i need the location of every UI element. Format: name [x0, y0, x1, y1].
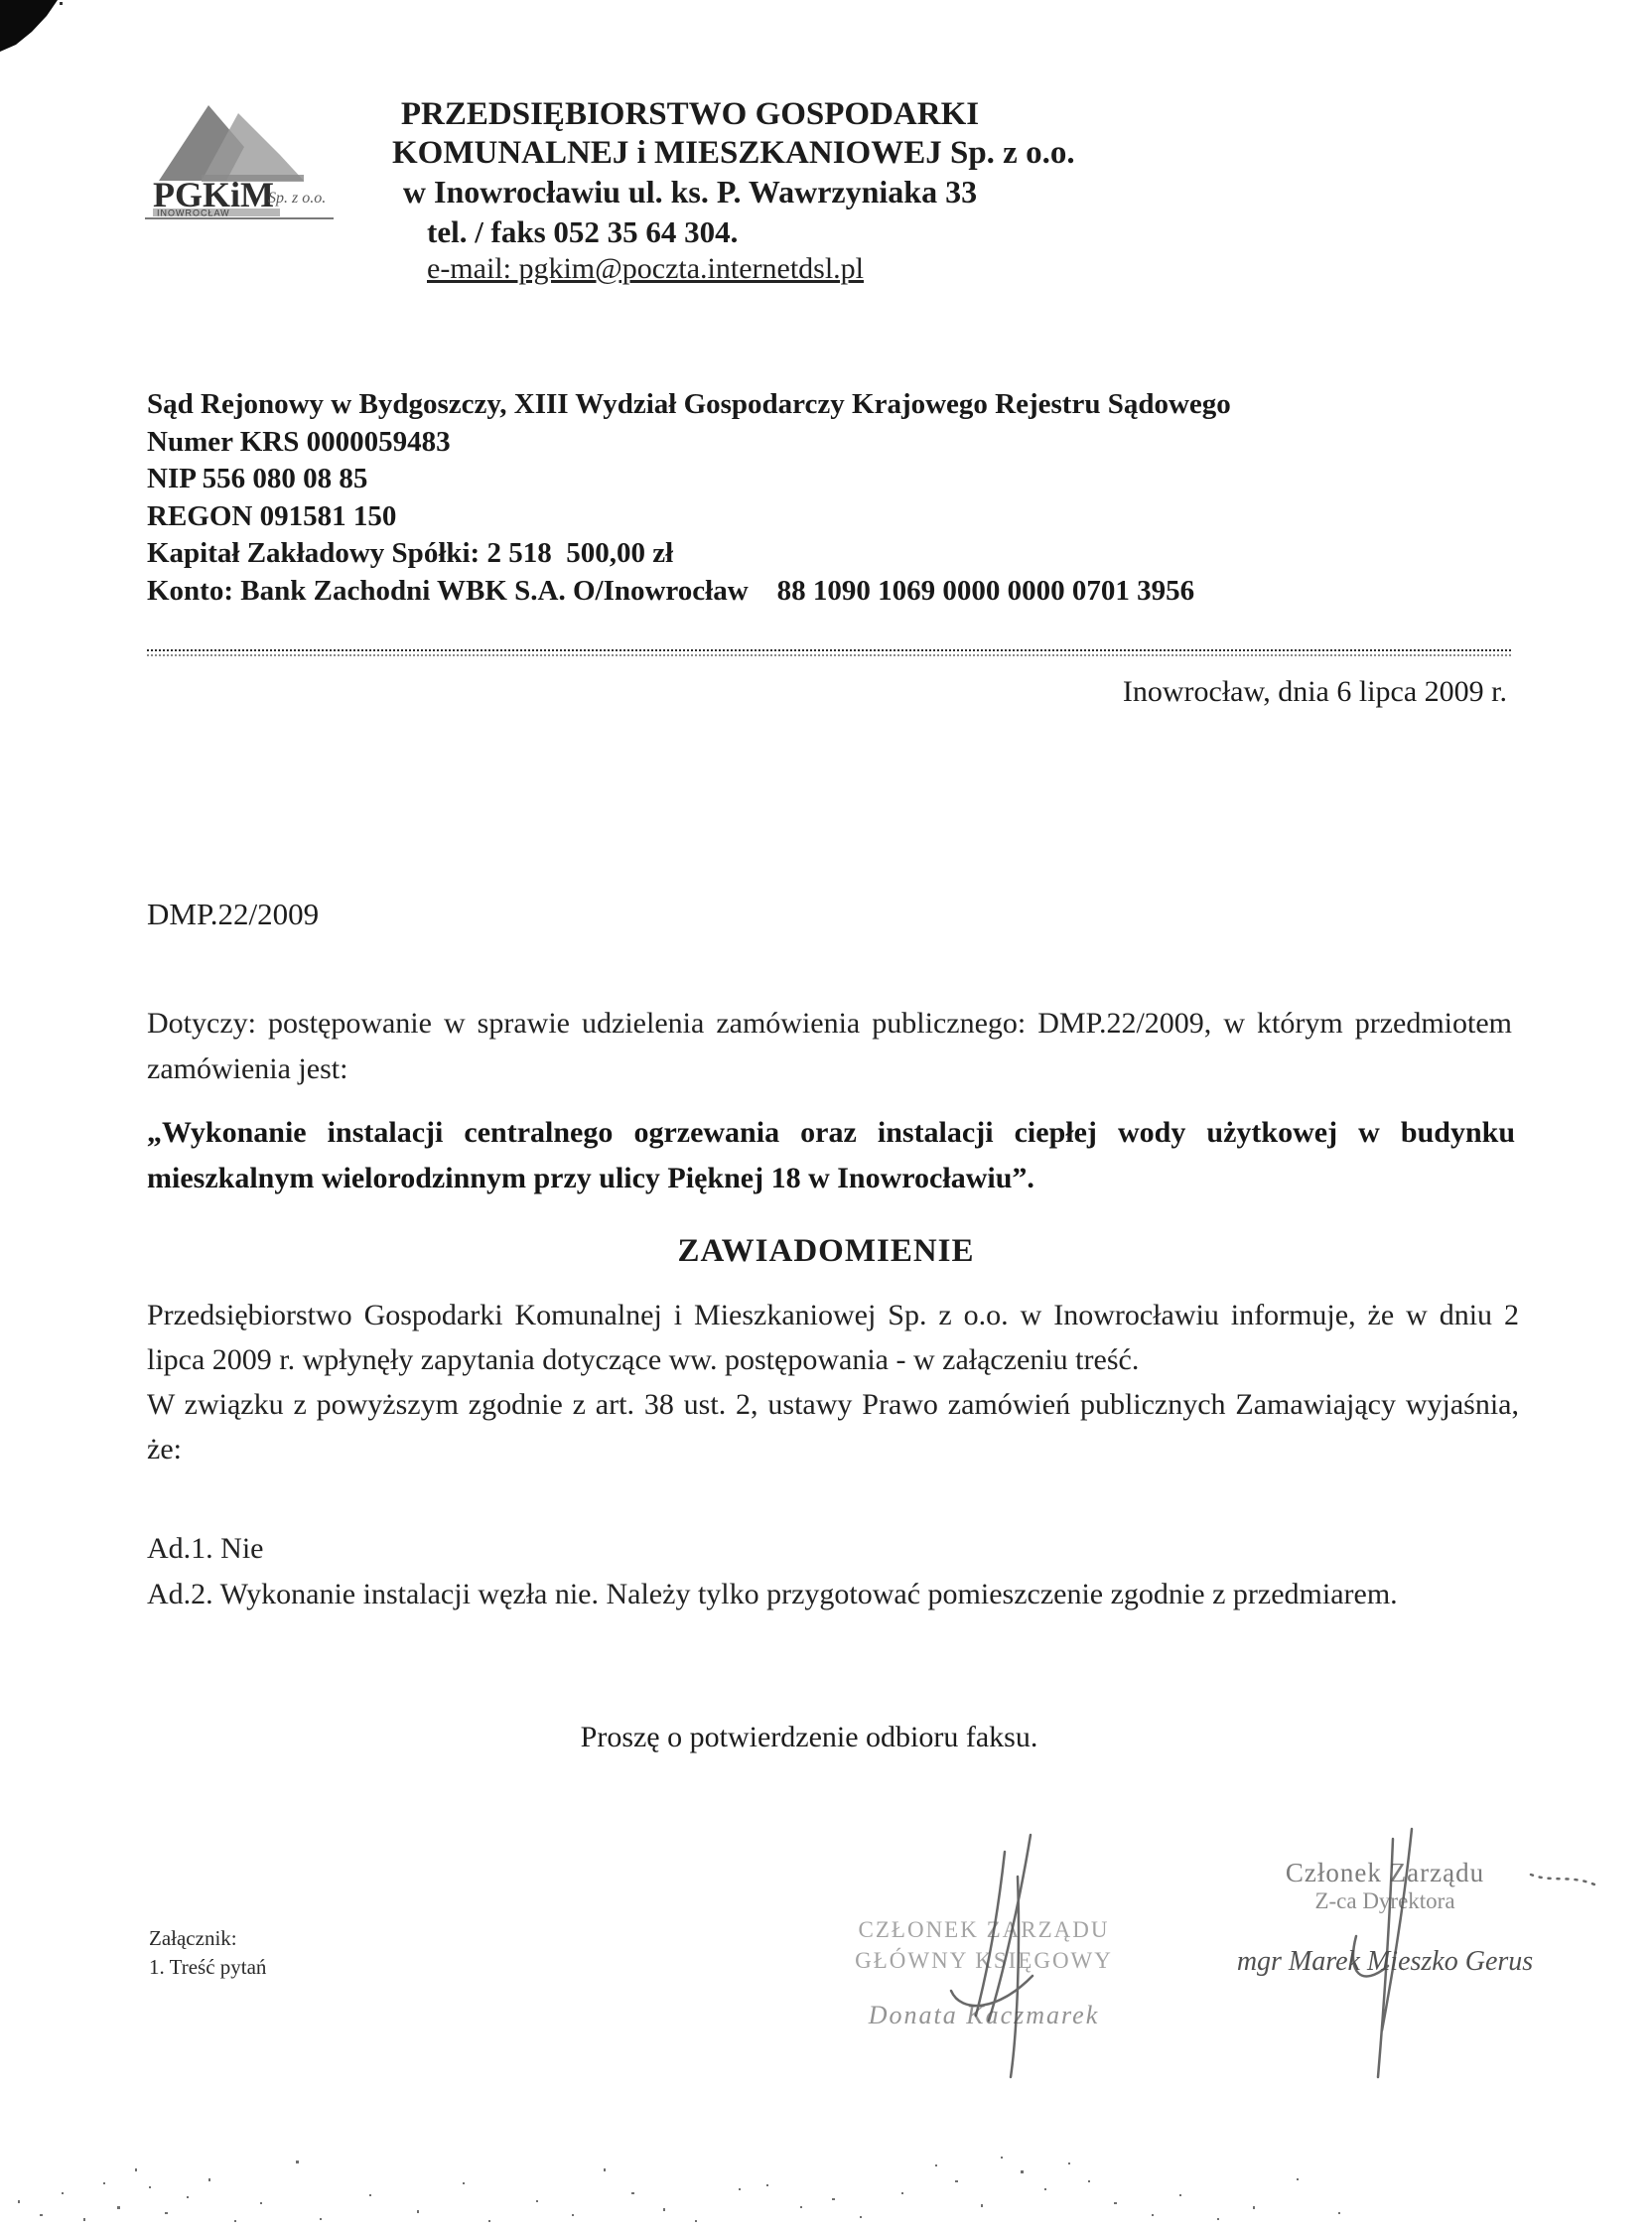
registry-regon: REGON 091581 150: [147, 498, 1537, 536]
scanned-letter-page: PGKiM Sp. z o.o. INOWROCŁAW PRZEDSIĘBIOR…: [0, 0, 1652, 2232]
closing-line: Proszę o potwierdzenie odbioru faksu.: [0, 1721, 1618, 1754]
company-name-line2: KOMUNALNEJ i MIESZKANIOWEJ Sp. z o.o.: [392, 134, 988, 173]
phone-fax-line: tel. / faks 052 35 64 304.: [392, 213, 988, 251]
logo-city-text: INOWROCŁAW: [157, 209, 230, 217]
attachments-note: Załącznik: 1. Treść pytań: [149, 1924, 266, 1982]
signature-stroke: [951, 1976, 1032, 2006]
scan-noise-bottom: [0, 2123, 1652, 2232]
registry-capital: Kapitał Zakładowy Spółki: 2 518 500,00 z…: [147, 535, 1537, 573]
letterhead: PRZEDSIĘBIORSTWO GOSPODARKI KOMUNALNEJ i…: [392, 95, 988, 287]
signature-stroke: [1378, 1839, 1393, 2077]
main-body: Przedsiębiorstwo Gospodarki Komunalnej i…: [147, 1293, 1519, 1471]
registry-bank-account: Konto: Bank Zachodni WBK S.A. O/Inowrocł…: [147, 573, 1537, 611]
subject-paragraph: „Wykonanie instalacji centralnego ogrzew…: [147, 1110, 1515, 1201]
answer-ad2: Ad.2. Wykonanie instalacji węzła nie. Na…: [147, 1572, 1519, 1617]
attachments-item: 1. Treść pytań: [149, 1953, 266, 1982]
company-name-line1: PRZEDSIĘBIORSTWO GOSPODARKI: [392, 95, 988, 134]
body-paragraph-1: Przedsiębiorstwo Gospodarki Komunalnej i…: [147, 1293, 1519, 1382]
registry-court: Sąd Rejonowy w Bydgoszczy, XIII Wydział …: [147, 386, 1537, 424]
answer-ad1: Ad.1. Nie: [147, 1526, 1519, 1572]
dotted-separator: [147, 649, 1511, 656]
signature-stroke: [976, 1852, 1005, 2016]
logo-suffix-text: Sp. z o.o.: [268, 190, 326, 207]
scan-speck: [60, 2, 63, 5]
notice-heading: ZAWIADOMIENIE: [0, 1233, 1652, 1270]
body-paragraph-2: W związku z powyższym zgodnie z art. 38 …: [147, 1382, 1519, 1471]
dotted-rule-bottom: [147, 654, 1511, 656]
handwritten-signatures: [794, 1817, 1652, 2115]
registry-krs: Numer KRS 0000059483: [147, 424, 1537, 462]
scan-blob: [0, 0, 58, 52]
signature-stroke: [1382, 1829, 1412, 2030]
attachments-label: Załącznik:: [149, 1924, 266, 1953]
signature-pen-dots: [1531, 1875, 1594, 1884]
answers-block: Ad.1. Nie Ad.2. Wykonanie instalacji węz…: [147, 1526, 1519, 1617]
logo-underline: [145, 217, 334, 219]
reference-number: DMP.22/2009: [147, 897, 319, 932]
dateline: Inowrocław, dnia 6 lipca 2009 r.: [1123, 675, 1507, 709]
company-registry-block: Sąd Rejonowy w Bydgoszczy, XIII Wydział …: [147, 386, 1537, 610]
scan-artifact-corner: [0, 0, 79, 64]
company-address-line: w Inowrocławiu ul. ks. P. Wawrzyniaka 33: [392, 173, 988, 211]
company-logo: PGKiM Sp. z o.o. INOWROCŁAW: [147, 89, 336, 216]
signature-stroke: [1353, 1936, 1388, 1976]
registry-nip: NIP 556 080 08 85: [147, 461, 1537, 498]
email-line: e-mail: pgkim@poczta.internetdsl.pl: [392, 251, 988, 287]
regarding-paragraph: Dotyczy: postępowanie w sprawie udzielen…: [147, 1001, 1512, 1092]
signature-stroke: [1011, 1877, 1019, 2077]
